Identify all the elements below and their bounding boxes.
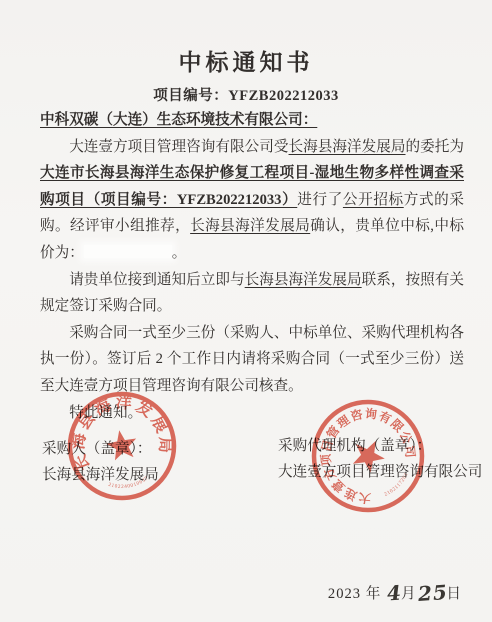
redacted-bid-price <box>84 245 172 258</box>
buyer-seal-number: 2102240010637 <box>107 475 151 493</box>
date-year: 2023 <box>328 586 361 602</box>
text-segment: 请贵单位接到通知后立即与 <box>69 272 244 288</box>
text-segment: 的委托为 <box>406 139 464 155</box>
date-day-handwritten: 25 <box>418 592 448 594</box>
body-paragraphs: 大连壹方项目管理咨询有限公司受长海县海洋发展局的委托为大连市长海县海洋生态保护修… <box>40 134 464 427</box>
text-segment: 公开招标 <box>343 192 404 208</box>
date-month-handwritten: 4 <box>387 592 402 593</box>
notice-document-page: 中标通知书 项目编号：YFZB202212033 中科双碳（大连）生态环境技术有… <box>0 0 492 622</box>
project-number: 项目编号：YFZB202212033 <box>0 84 492 105</box>
date-day-unit: 日 <box>446 586 462 602</box>
buyer-seal-ring-text: 长海县海洋发展局 <box>60 384 178 474</box>
text-segment: 长海县海洋发展局 <box>289 139 406 155</box>
svg-text:长海县海洋发展局: 长海县海洋发展局 <box>60 384 178 474</box>
body-paragraph: 请贵单位接到通知后立即与长海县海洋发展局联系，按照有关规定签订采购合同。 <box>40 267 464 320</box>
issue-date: 2023 年 4月25日 <box>328 582 462 603</box>
text-segment: 进行了 <box>297 192 343 208</box>
text-segment: 。 <box>172 245 187 261</box>
document-title: 中标通知书 <box>0 44 492 77</box>
addressee-line: 中科双碳（大连）生态环境技术有限公司： <box>40 107 464 134</box>
date-year-unit: 年 <box>366 586 382 602</box>
date-month-unit: 月 <box>401 586 417 602</box>
star-icon <box>104 428 139 462</box>
document-body: 中科双碳（大连）生态环境技术有限公司： 大连壹方项目管理咨询有限公司受长海县海洋… <box>40 107 464 426</box>
text-segment: 长海县海洋发展局 <box>245 272 362 288</box>
svg-text:2102240010637: 2102240010637 <box>107 475 151 493</box>
body-paragraph: 大连壹方项目管理咨询有限公司受长海县海洋发展局的委托为大连市长海县海洋生态保护修… <box>40 134 464 267</box>
star-icon <box>345 433 390 478</box>
text-segment: 长海县海洋发展局 <box>190 218 310 234</box>
text-segment: 大连壹方项目管理咨询有限公司受 <box>69 139 288 155</box>
buyer-seal-stamp: 长海县海洋发展局 2102240010637 <box>48 372 196 520</box>
